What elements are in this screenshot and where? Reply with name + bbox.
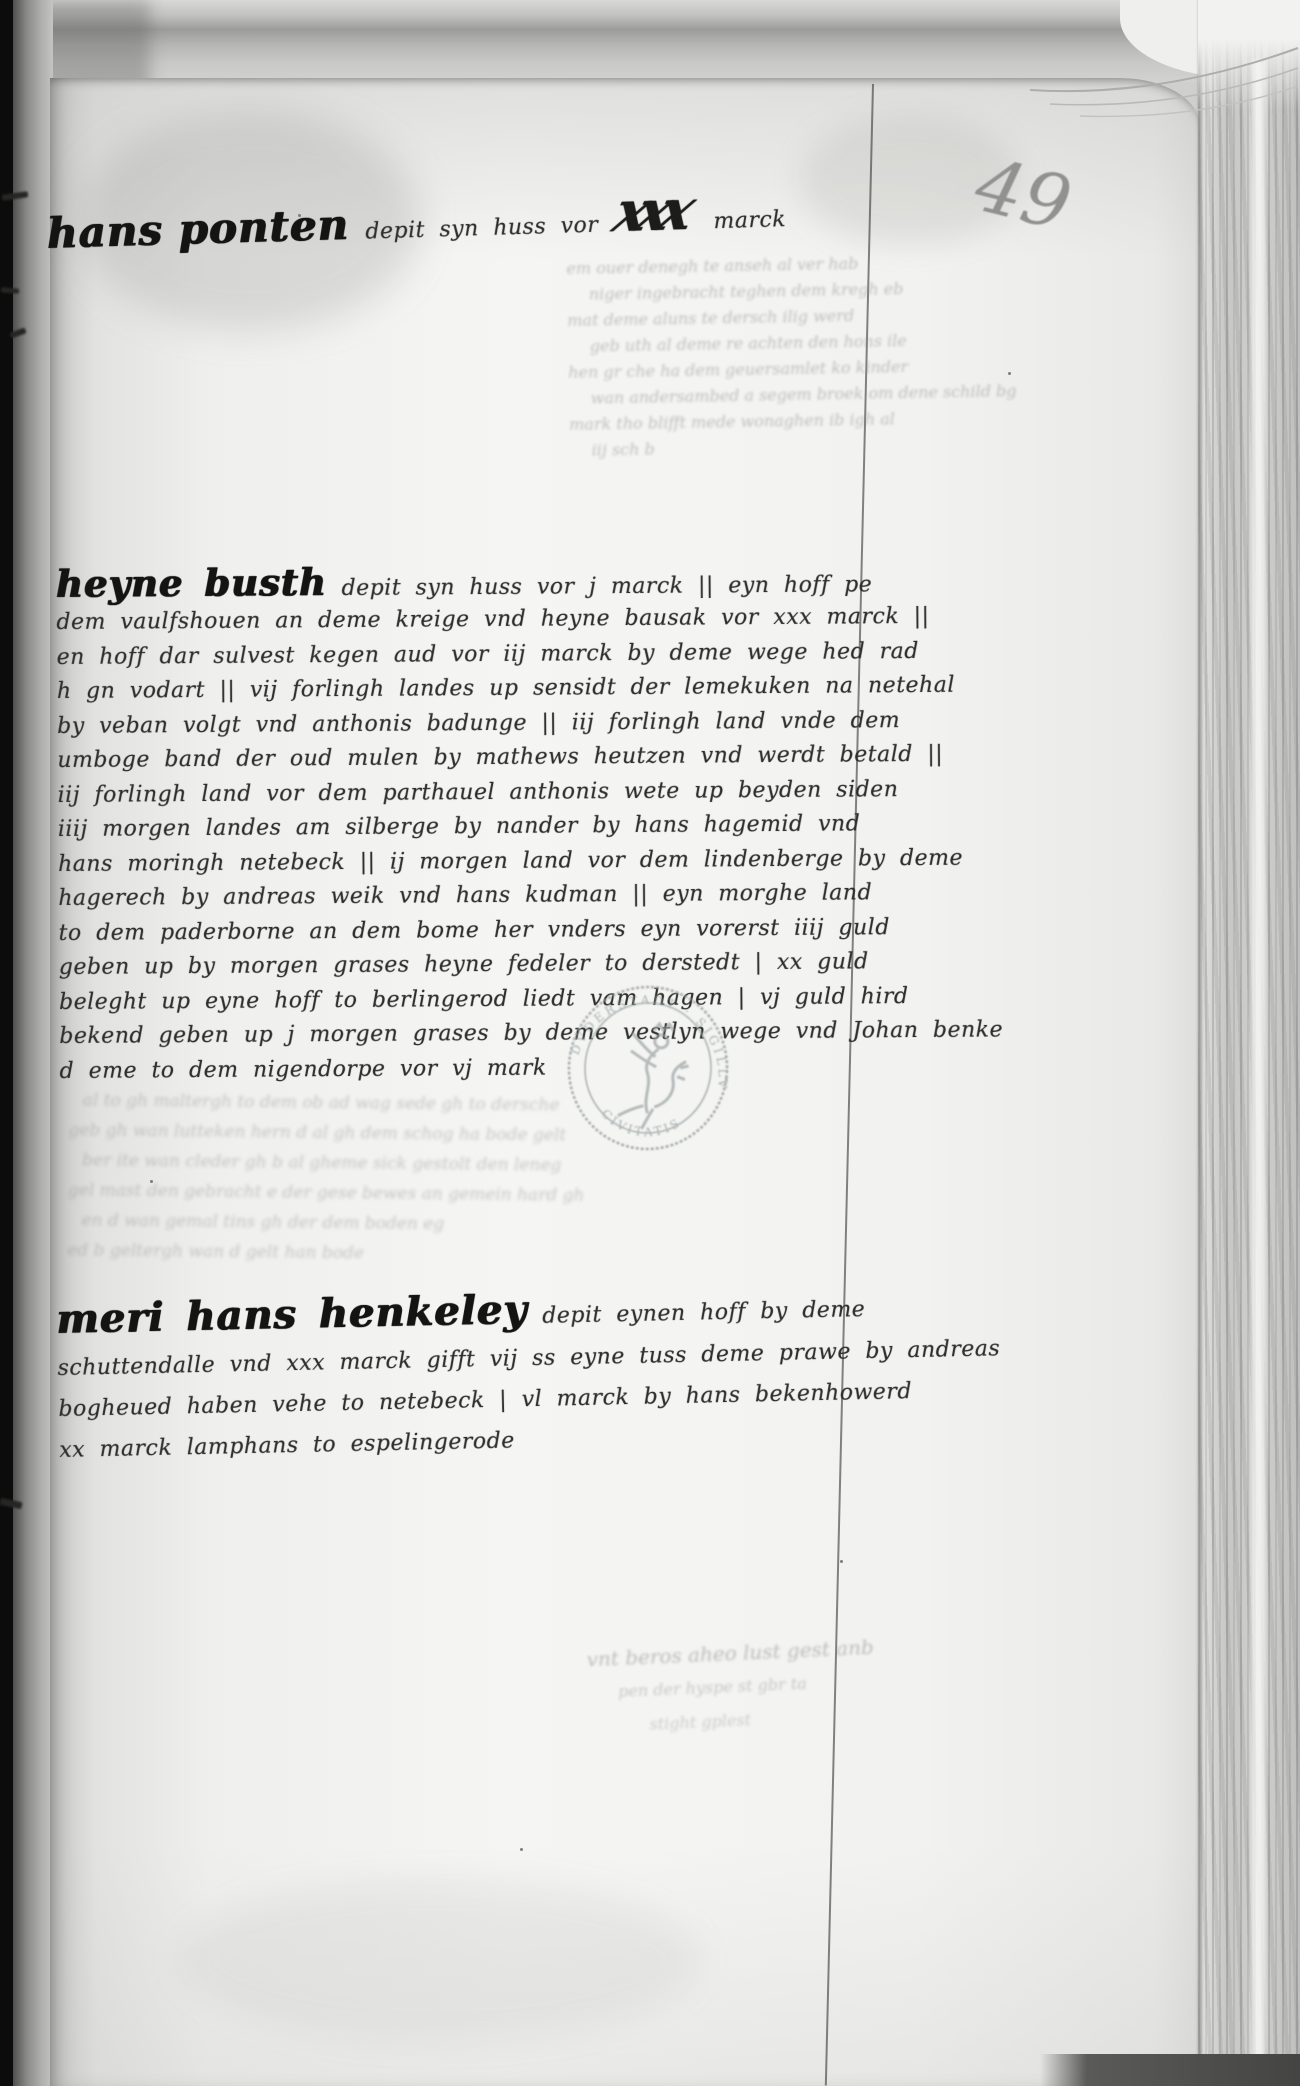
scan-left-black-strip [0, 0, 13, 2086]
bleedthrough-line: ed b geltergh wan d gelt han bode [67, 1235, 584, 1270]
page-right-edge [1198, 0, 1202, 2086]
dust-speck [520, 1848, 523, 1851]
entry-busth: heyne busth depit syn huss vor j marck |… [56, 555, 1003, 1089]
paper-stain [180, 1880, 700, 2040]
entry-line: h gn vodart || vij forlingh landes up se… [57, 668, 1001, 709]
entry-line: bekend geben up j morgen grases by deme … [59, 1013, 1003, 1054]
page-corner-curves [1020, 20, 1300, 140]
entry-line: iiij morgen landes am silberge by nander… [58, 806, 1002, 847]
dust-speck [150, 1180, 153, 1183]
entry-name: heyne busth [56, 560, 327, 606]
bleedthrough-text-bottom: vnt beros aheo lust gest anb pen der hys… [586, 1630, 878, 1744]
dust-speck [1008, 372, 1011, 375]
entry-henkeley: meri hans henkeley depit eynen hoff by d… [56, 1272, 1002, 1471]
entry-line: geben up by morgen grases heyne fedeler … [59, 944, 1003, 985]
entry-name: meri hans henkeley [56, 1286, 528, 1343]
manuscript-scan: 49 hans ponten depit syn huss vor xxx ma… [0, 0, 1300, 2086]
entry-text: depit syn huss vor j marck || eyn hoff p… [341, 572, 872, 601]
stamp-lion-icon [617, 1019, 694, 1133]
dust-speck [298, 214, 301, 217]
entry-text: depit syn huss vor [365, 213, 599, 245]
entry-line: heyne busth depit syn huss vor j marck |… [56, 555, 1000, 606]
book-fore-edge [1198, 0, 1300, 2086]
fore-edge-highlight [1252, 60, 1265, 2060]
entry-name: hans ponten [46, 200, 349, 258]
bleedthrough-text-top: em ouer denegh te anseh al ver hab niger… [566, 248, 1017, 464]
entry-line: umboge band der oud mulen by mathews heu… [57, 737, 1001, 778]
entry-line: d eme to dem nigendorpe vor vj mark [59, 1048, 1003, 1089]
entry-text: marck [713, 207, 786, 234]
binding-gutter [13, 0, 53, 2086]
book-bottom-shadow [1040, 2054, 1300, 2086]
dust-speck [840, 1560, 843, 1563]
entry-line: hagerech by andreas weik vnd hans kudman… [58, 875, 1002, 916]
bleedthrough-text-middle: al to gh maltergh to dem ob ad wag sede … [67, 1085, 585, 1270]
entry-line: dem vaulfshouen an deme kreige vnd heyne… [56, 599, 1000, 640]
entry-text: depit eynen hoff by deme [542, 1297, 865, 1329]
amount-flourish-glyph: xxx [606, 177, 693, 246]
